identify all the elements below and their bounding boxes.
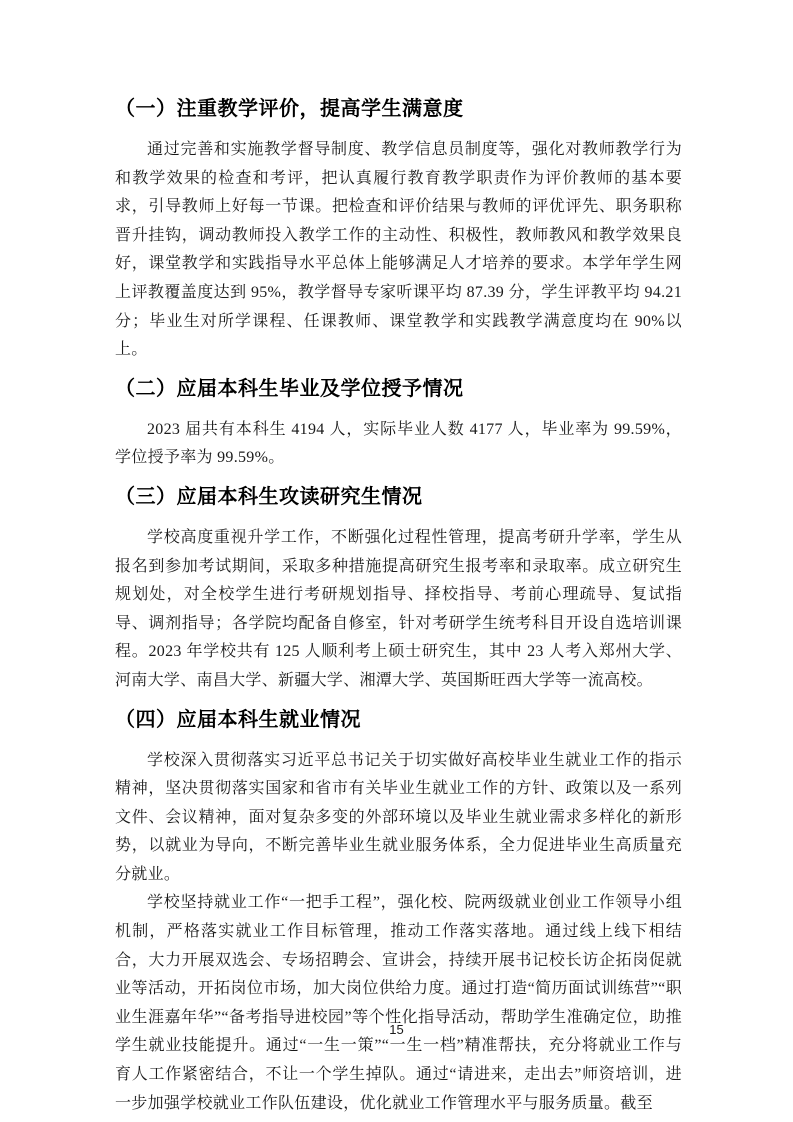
paragraph-postgraduate-study: 学校高度重视升学工作，不断强化过程性管理，提高考研升学率，学生从报名到参加考试期… — [115, 524, 682, 696]
page-number: 15 — [0, 1022, 793, 1037]
paragraph-employment-measures: 学校坚持就业工作“一把手工程”，强化校、院两级就业创业工作领导小组机制，严格落实… — [115, 889, 682, 1118]
section-heading-postgraduate-study: （三）应届本科生攻读研究生情况 — [115, 484, 682, 511]
paragraph-graduation-degree: 2023 届共有本科生 4194 人，实际毕业人数 4177 人，毕业率为 99… — [115, 416, 682, 473]
paragraph-employment-policy: 学校深入贯彻落实习近平总书记关于切实做好高校毕业生就业工作的指示精神，坚决贯彻落… — [115, 747, 682, 890]
document-page: （一）注重教学评价，提高学生满意度 通过完善和实施教学督导制度、教学信息员制度等… — [0, 0, 793, 1122]
section-heading-graduation-degree: （二）应届本科生毕业及学位授予情况 — [115, 376, 682, 403]
section-heading-teaching-evaluation: （一）注重教学评价，提高学生满意度 — [115, 96, 682, 123]
paragraph-teaching-evaluation: 通过完善和实施教学督导制度、教学信息员制度等，强化对教师教学行为和教学效果的检查… — [115, 136, 682, 365]
page-content: （一）注重教学评价，提高学生满意度 通过完善和实施教学督导制度、教学信息员制度等… — [115, 96, 682, 1118]
section-heading-employment: （四）应届本科生就业情况 — [115, 707, 682, 734]
